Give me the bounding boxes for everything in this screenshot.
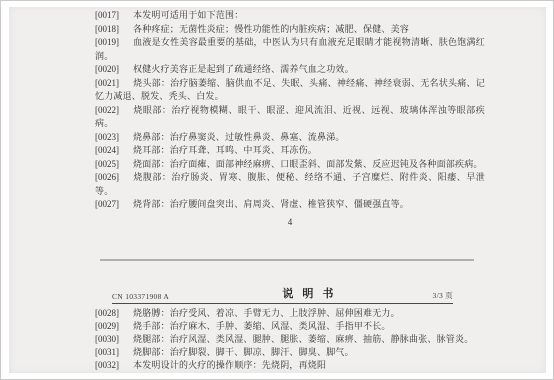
paragraph: [0026]烧腹部：治疗肠炎、胃寒、腹胀、便秘、经络不通、子宫糜烂、附件炎、阳痿… bbox=[95, 171, 485, 198]
paragraph: [0023]烧鼻部：治疗鼻窦炎、过敏性鼻炎、鼻塞、流鼻涕。 bbox=[95, 131, 485, 145]
page-separator-line bbox=[100, 259, 474, 261]
paragraph-text: 烧鼻部：治疗鼻窦炎、过敏性鼻炎、鼻塞、流鼻涕。 bbox=[133, 132, 345, 142]
paragraph-text: 烧腹部：治疗肠炎、胃寒、腹胀、便秘、经络不通、子宫糜烂、附件炎、阳痿、早泄等。 bbox=[95, 172, 485, 196]
document-viewer: [0017]本发明可适用于如下范围： [0018]各种疼症；无菌性炎症；慢性功能… bbox=[0, 0, 554, 380]
paragraph-number: [0026] bbox=[95, 171, 122, 185]
paragraph-text: 各种疼症；无菌性炎症；慢性功能性的内脏疾病；减肥、保健、美容 bbox=[133, 24, 409, 34]
paragraph: [0030]烧腿部：治疗风湿、类风湿、腿肿、腿胀、萎缩、麻痹、抽筋、静脉曲张、脉… bbox=[95, 333, 485, 346]
paragraph: [0022]烧眼部：治疗视物模糊、眼干、眼涩、迎风流泪、近视、远视、玻璃体浑浊等… bbox=[95, 104, 485, 131]
paragraph: [0020]权健火疗美容正是起到了疏通经络、濡养气血之功效。 bbox=[95, 63, 485, 77]
paragraph: [0017]本发明可适用于如下范围： bbox=[95, 9, 485, 23]
paragraph: [0032]本发明设计的火疗的操作顺序：先烧阴，再烧阳 bbox=[95, 359, 485, 372]
paragraph-number: [0019] bbox=[95, 36, 122, 50]
page-number: 4 bbox=[95, 216, 485, 228]
paragraph-number: [0024] bbox=[95, 144, 122, 158]
paragraph-text: 权健火疗美容正是起到了疏通经络、濡养气血之功效。 bbox=[133, 64, 354, 74]
paragraph-text: 烧背部：治疗腰间盘突出、肩周炎、肾虚、椎管狭窄、僵硬强直等。 bbox=[133, 199, 409, 209]
paragraph: [0018]各种疼症；无菌性炎症；慢性功能性的内脏疾病；减肥、保健、美容 bbox=[95, 23, 485, 37]
page-3-content: [0028]烧胳膊：治疗受风、着凉、手臂无力、上肢浮肿、屈伸困难无力。 [002… bbox=[95, 307, 485, 372]
paragraph: [0025]烧面部：治疗面瘫、面部神经麻痹、口眼歪斜、面部发紫、反应迟钝及各种面… bbox=[95, 158, 485, 172]
paragraph: [0019]血液是女性美容最重要的基础，中医认为只有血液充足眼睛才能视物清晰、肤… bbox=[95, 36, 485, 63]
patent-document-scan: [0017]本发明可适用于如下范围： [0018]各种疼症；无菌性炎症；慢性功能… bbox=[9, 7, 546, 373]
paragraph: [0031]烧脚部：治疗脚裂、脚干、脚凉、脚汗、脚臭、脚气。 bbox=[95, 346, 485, 359]
paragraph-number: [0018] bbox=[95, 23, 122, 37]
paragraph-number: [0030] bbox=[95, 333, 122, 346]
paragraph-text: 烧耳部：治疗耳聋、耳鸣、中耳炎、耳冻伤。 bbox=[133, 145, 317, 155]
paragraph: [0021]烧头部：治疗脑萎缩、脑供血不足、失眠、头痛、神经痛、神经衰弱、无名状… bbox=[95, 77, 485, 104]
paragraph-text: 烧胳膊：治疗受风、着凉、手臂无力、上肢浮肿、屈伸困难无力。 bbox=[133, 308, 400, 318]
page-4-content: [0017]本发明可适用于如下范围： [0018]各种疼症；无菌性炎症；慢性功能… bbox=[95, 9, 485, 228]
paragraph-text: 烧脚部：治疗脚裂、脚干、脚凉、脚汗、脚臭、脚气。 bbox=[133, 347, 354, 357]
paragraph-number: [0017] bbox=[95, 9, 122, 23]
paragraph-text: 烧手部：治疗麻木、手肿、萎缩、风湿、类风湿、手指甲不长。 bbox=[133, 321, 391, 331]
paragraph-number: [0025] bbox=[95, 158, 122, 172]
paragraph-number: [0028] bbox=[95, 307, 122, 320]
paragraph-text: 烧头部：治疗脑萎缩、脑供血不足、失眠、头痛、神经痛、神经衰弱、无名状头痛、记忆力… bbox=[95, 78, 485, 102]
paragraph-text: 血液是女性美容最重要的基础，中医认为只有血液充足眼睛才能视物清晰、肤色饱满红润。 bbox=[95, 37, 485, 61]
paragraph-text: 烧眼部：治疗视物模糊、眼干、眼涩、迎风流泪、近视、远视、玻璃体浑浊等眼部疾病。 bbox=[95, 105, 485, 129]
page-header: CN 103371908 A 说明书 3/3 页 bbox=[112, 288, 453, 304]
document-title: 说明书 bbox=[268, 285, 342, 301]
paragraph-number: [0021] bbox=[95, 77, 122, 91]
document-number: CN 103371908 A bbox=[112, 292, 169, 301]
paragraph-number: [0027] bbox=[95, 198, 122, 212]
paragraph-text: 本发明可适用于如下范围： bbox=[133, 10, 243, 20]
paragraph-number: [0032] bbox=[95, 359, 122, 372]
paragraph-number: [0031] bbox=[95, 346, 122, 359]
paragraph-text: 烧腿部：治疗风湿、类风湿、腿肿、腿胀、萎缩、麻痹、抽筋、静脉曲张、脉管炎。 bbox=[133, 334, 473, 344]
paragraph: [0027]烧背部：治疗腰间盘突出、肩周炎、肾虚、椎管狭窄、僵硬强直等。 bbox=[95, 198, 485, 212]
page-indicator: 3/3 页 bbox=[433, 290, 453, 301]
paragraph-number: [0020] bbox=[95, 63, 122, 77]
paragraph-number: [0023] bbox=[95, 131, 122, 145]
paragraph: [0024]烧耳部：治疗耳聋、耳鸣、中耳炎、耳冻伤。 bbox=[95, 144, 485, 158]
paragraph: [0028]烧胳膊：治疗受风、着凉、手臂无力、上肢浮肿、屈伸困难无力。 bbox=[95, 307, 485, 320]
paragraph-number: [0022] bbox=[95, 104, 122, 118]
paragraph-text: 烧面部：治疗面瘫、面部神经麻痹、口眼歪斜、面部发紫、反应迟钝及各种面部疾病。 bbox=[133, 159, 483, 169]
paragraph-number: [0029] bbox=[95, 320, 122, 333]
paragraph: [0029]烧手部：治疗麻木、手肿、萎缩、风湿、类风湿、手指甲不长。 bbox=[95, 320, 485, 333]
paragraph-text: 本发明设计的火疗的操作顺序：先烧阴，再烧阳 bbox=[133, 360, 326, 370]
